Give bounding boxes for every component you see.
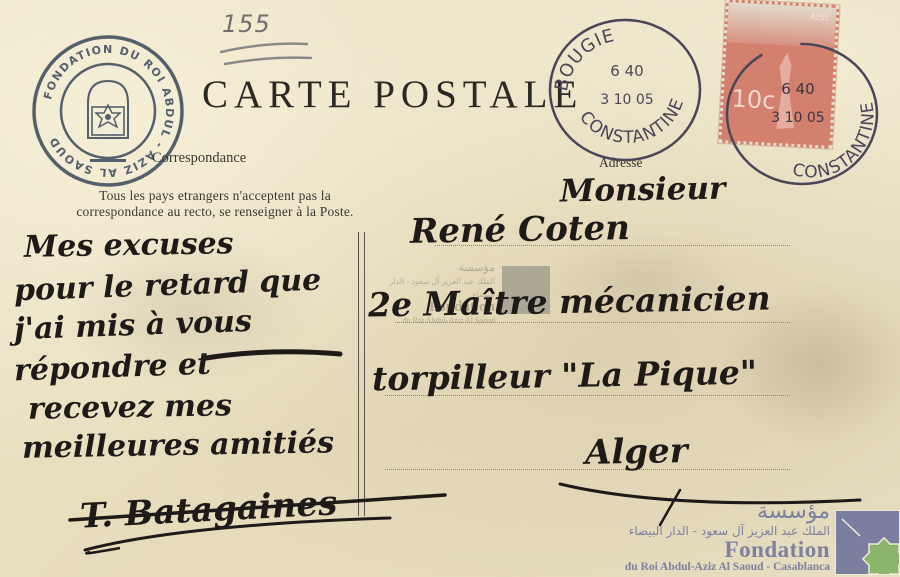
message-line: Mes excuses [24,226,234,265]
postmark-bougie-stamp: CONSTANTINE 6 40 3 10 05 [720,38,880,188]
svg-text:BOUGIE: BOUGIE [551,25,617,93]
foundation-logo-text: مؤسسة الملك عبد العزيز آل سعود - الدار ا… [625,501,830,574]
address-line-text: René Coten [410,208,631,252]
address-line-text: torpilleur "La Pique" [372,353,758,399]
message-line: répondre et [13,347,211,389]
arch-star-icon [88,81,128,138]
message-line: pour le retard que [13,263,321,309]
postcard-back: 155 FONDATION DU ROI ABDUL - AZIZ AL SAO… [0,0,900,577]
address-line-text: 2e Maître mécanicien [368,278,771,324]
watermark-arabic: مؤسسة [385,262,495,275]
message-line: meilleures amitiés [22,425,335,465]
postmark-bougie: BOUGIE CONSTANTINE 6 40 3 10 05 [545,14,705,164]
pencil-underline [215,38,315,68]
foundation-logo-icon [835,510,900,575]
address-line-text: Alger [585,431,688,473]
logo-french-title: Fondation [625,539,830,561]
postcard-title: CARTE POSTALE [202,72,583,117]
message-line: recevez mes [28,388,233,427]
svg-text:6 40: 6 40 [781,80,814,98]
svg-text:3 10 05: 3 10 05 [771,110,824,126]
notice-line: Tous les pays etrangers n'acceptent pas … [30,188,400,204]
postal-notice: Tous les pays etrangers n'acceptent pas … [30,188,400,220]
notice-line: correspondance au recto, se renseigner à… [30,204,400,220]
address-line-text: Monsieur [560,171,726,210]
correspondence-label: Correspondance [152,150,246,167]
logo-arabic-title: مؤسسة [625,501,830,523]
svg-text:6 40: 6 40 [610,62,643,80]
star-emblem-icon [836,511,899,574]
stamp-country: AISE [810,13,831,24]
flourish-stroke [200,340,350,370]
archive-number: 155 [222,10,271,38]
signature-flourish [60,470,460,570]
logo-french-subtitle: du Roi Abdul-Aziz Al Saoud - Casablanca [625,561,830,574]
svg-text:3 10 05: 3 10 05 [600,92,653,108]
